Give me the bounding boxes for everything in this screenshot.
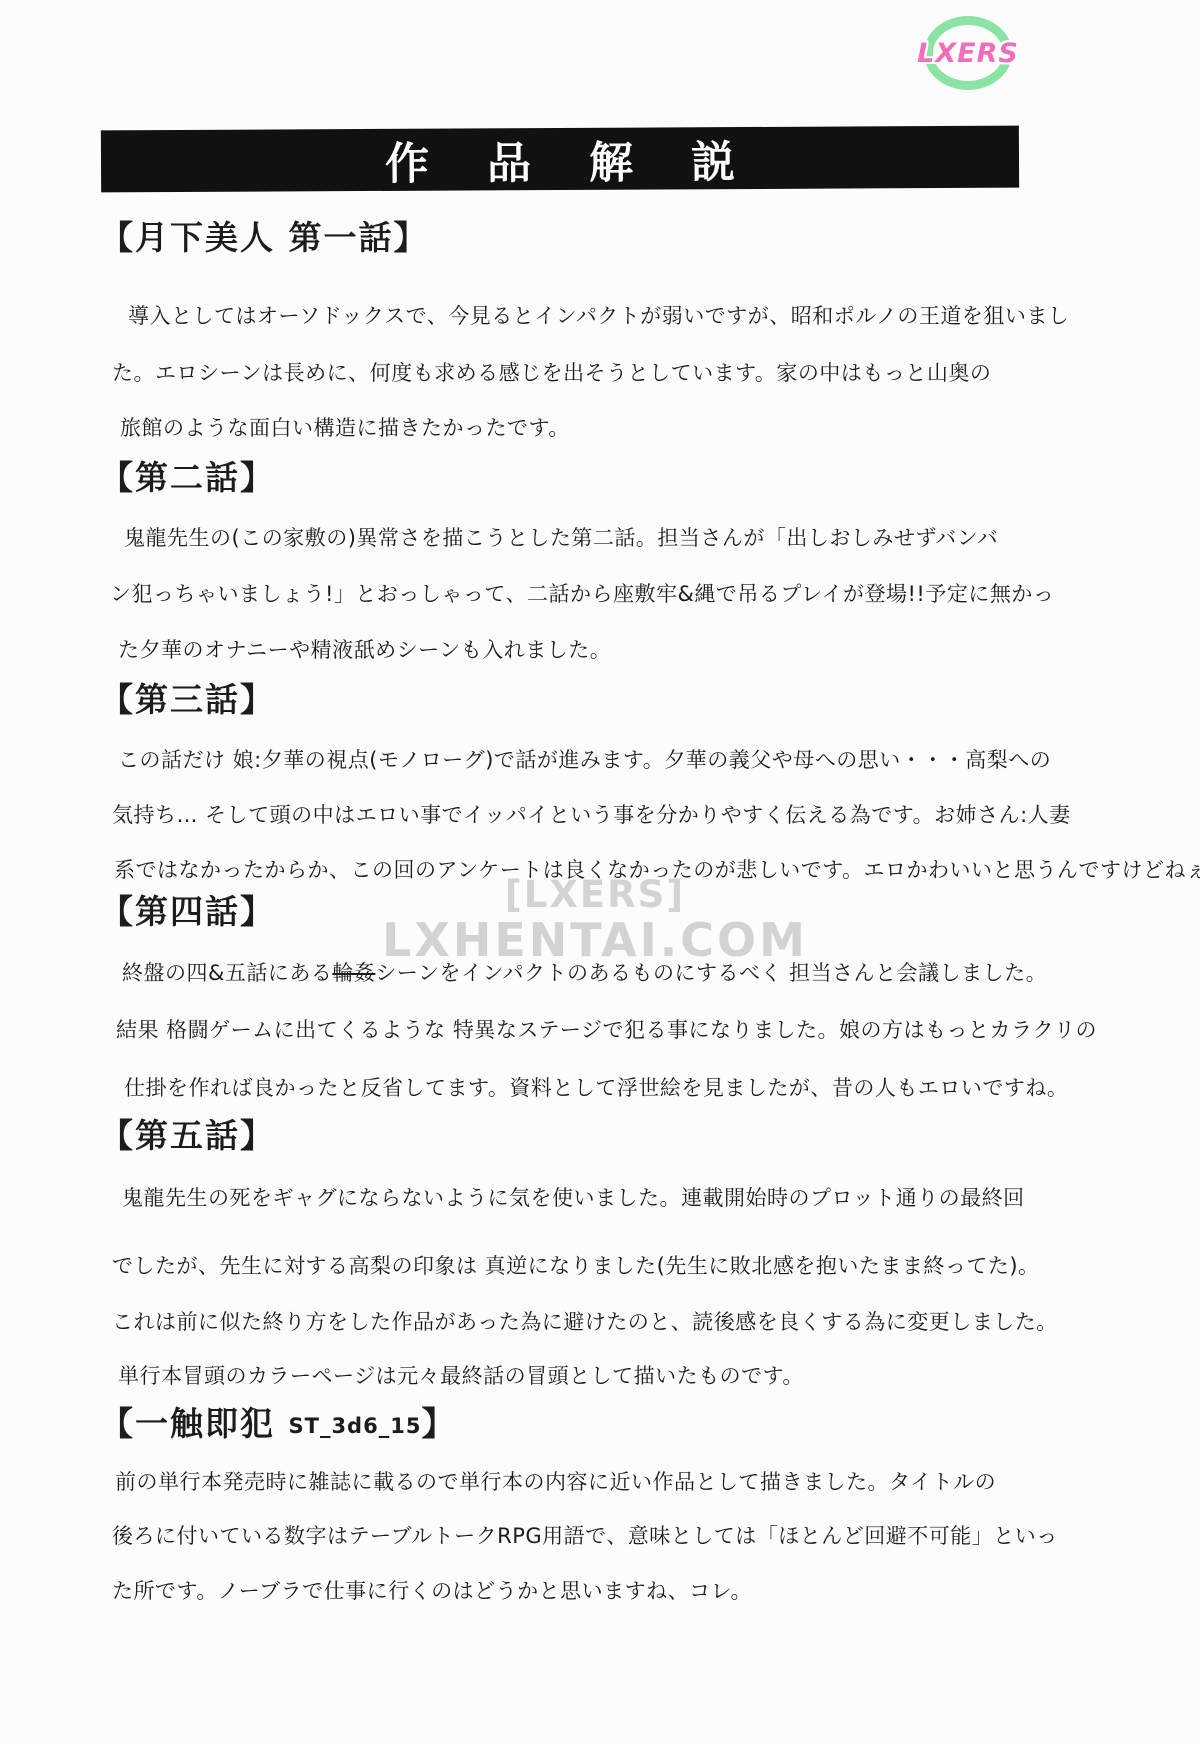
section-6-header-main: 【一触即犯: [100, 1404, 275, 1443]
section-3-header: 【第三話】: [100, 674, 275, 721]
title-banner: 作品解説: [101, 126, 1019, 193]
section-6-line-3: た所です。ノーブラで仕事に行くのはどうかと思いますね、コレ。: [112, 1575, 752, 1605]
section-2-line-2: ン犯っちゃいましょう!」とおっしゃって、二話から座敷牢&縄で吊るプレイが登場!!…: [110, 578, 1054, 608]
section-1-line-2: た。エロシーンは長めに、何度も求める感じを出そうとしています。家の中はもっと山奥…: [112, 357, 991, 387]
section-1-header: 【月下美人 第一話】: [100, 212, 429, 259]
section-6-header-close: 】: [421, 1404, 456, 1443]
section-4-line-3: 仕掛を作れば良かったと反省してます。資料として浮世絵を見ましたが、昔の人もエロい…: [124, 1072, 1068, 1102]
section-5-header: 【第五話】: [100, 1110, 275, 1157]
section-6-line-2: 後ろに付いている数字はテーブルトークRPG用語で、意味としては「ほとんど回避不可…: [112, 1520, 1058, 1550]
section-4-line-1-pre: 終盤の四&五話にある: [122, 961, 332, 985]
site-logo: LXERS: [912, 14, 1024, 94]
section-3-line-1: この話だけ 娘:夕華の視点(モノローグ)で話が進みます。夕華の義父や母への思い・…: [118, 744, 1051, 774]
section-5-line-3: これは前に似た終り方をした作品があった為に避けたのと、読後感を良くする為に変更し…: [112, 1306, 1058, 1336]
section-4-line-2: 結果 格闘ゲームに出てくるような 特異なステージで犯る事になりました。娘の方はも…: [116, 1014, 1097, 1044]
section-6-line-1: 前の単行本発売時に雑誌に載るので単行本の内容に近い作品として描きました。タイトル…: [115, 1466, 996, 1496]
section-3-line-3: 系ではなかったからか、この回のアンケートは良くなかったのが悲しいです。エロかわい…: [114, 854, 1200, 884]
section-5-line-4: 単行本冒頭のカラーページは元々最終話の冒頭として描いたものです。: [118, 1360, 804, 1390]
section-6-header-sub: ST_3d6_15: [289, 1414, 422, 1438]
section-5-line-1: 鬼龍先生の死をギャグにならないように気を使いました。連載開始時のプロット通りの最…: [122, 1182, 1025, 1212]
section-1-line-3: 旅館のような面白い構造に描きたかったです。: [120, 412, 570, 442]
section-4-line-1-post: シーンをインパクトのあるものにするべく 担当さんと会議しました。: [375, 961, 1047, 985]
section-2-line-1: 鬼龍先生の(この家敷の)異常さを描こうとした第二話。担当さんが「出しおしみせずバ…: [124, 522, 998, 552]
section-1-line-1: 導入としてはオーソドックスで、今見るとインパクトが弱いですが、昭和ポルノの王道を…: [128, 300, 1069, 330]
section-4-line-1-struck-word: 輪姦: [332, 961, 375, 985]
section-6-header: 【一触即犯 ST_3d6_15】: [100, 1398, 456, 1445]
section-5-line-2: でしたが、先生に対する高梨の印象は 真逆になりました(先生に敗北感を抱いたまま終…: [112, 1250, 1040, 1280]
logo-text: LXERS: [912, 38, 1024, 69]
section-4-header: 【第四話】: [100, 886, 275, 933]
section-4-line-1: 終盤の四&五話にある輪姦シーンをインパクトのあるものにするべく 担当さんと会議し…: [122, 957, 1047, 987]
section-3-line-2: 気持ち… そして頭の中はエロい事でイッパイという事を分かりやすく伝える為です。お…: [112, 799, 1071, 829]
page-title: 作品解説: [327, 126, 793, 192]
scanned-page: [LXERS] LXHENTAI.COM LXERS 作品解説 【月下美人 第一…: [0, 0, 1200, 1744]
section-2-line-3: た夕華のオナニーや精液舐めシーンも入れました。: [118, 634, 611, 664]
section-2-header: 【第二話】: [100, 452, 275, 499]
